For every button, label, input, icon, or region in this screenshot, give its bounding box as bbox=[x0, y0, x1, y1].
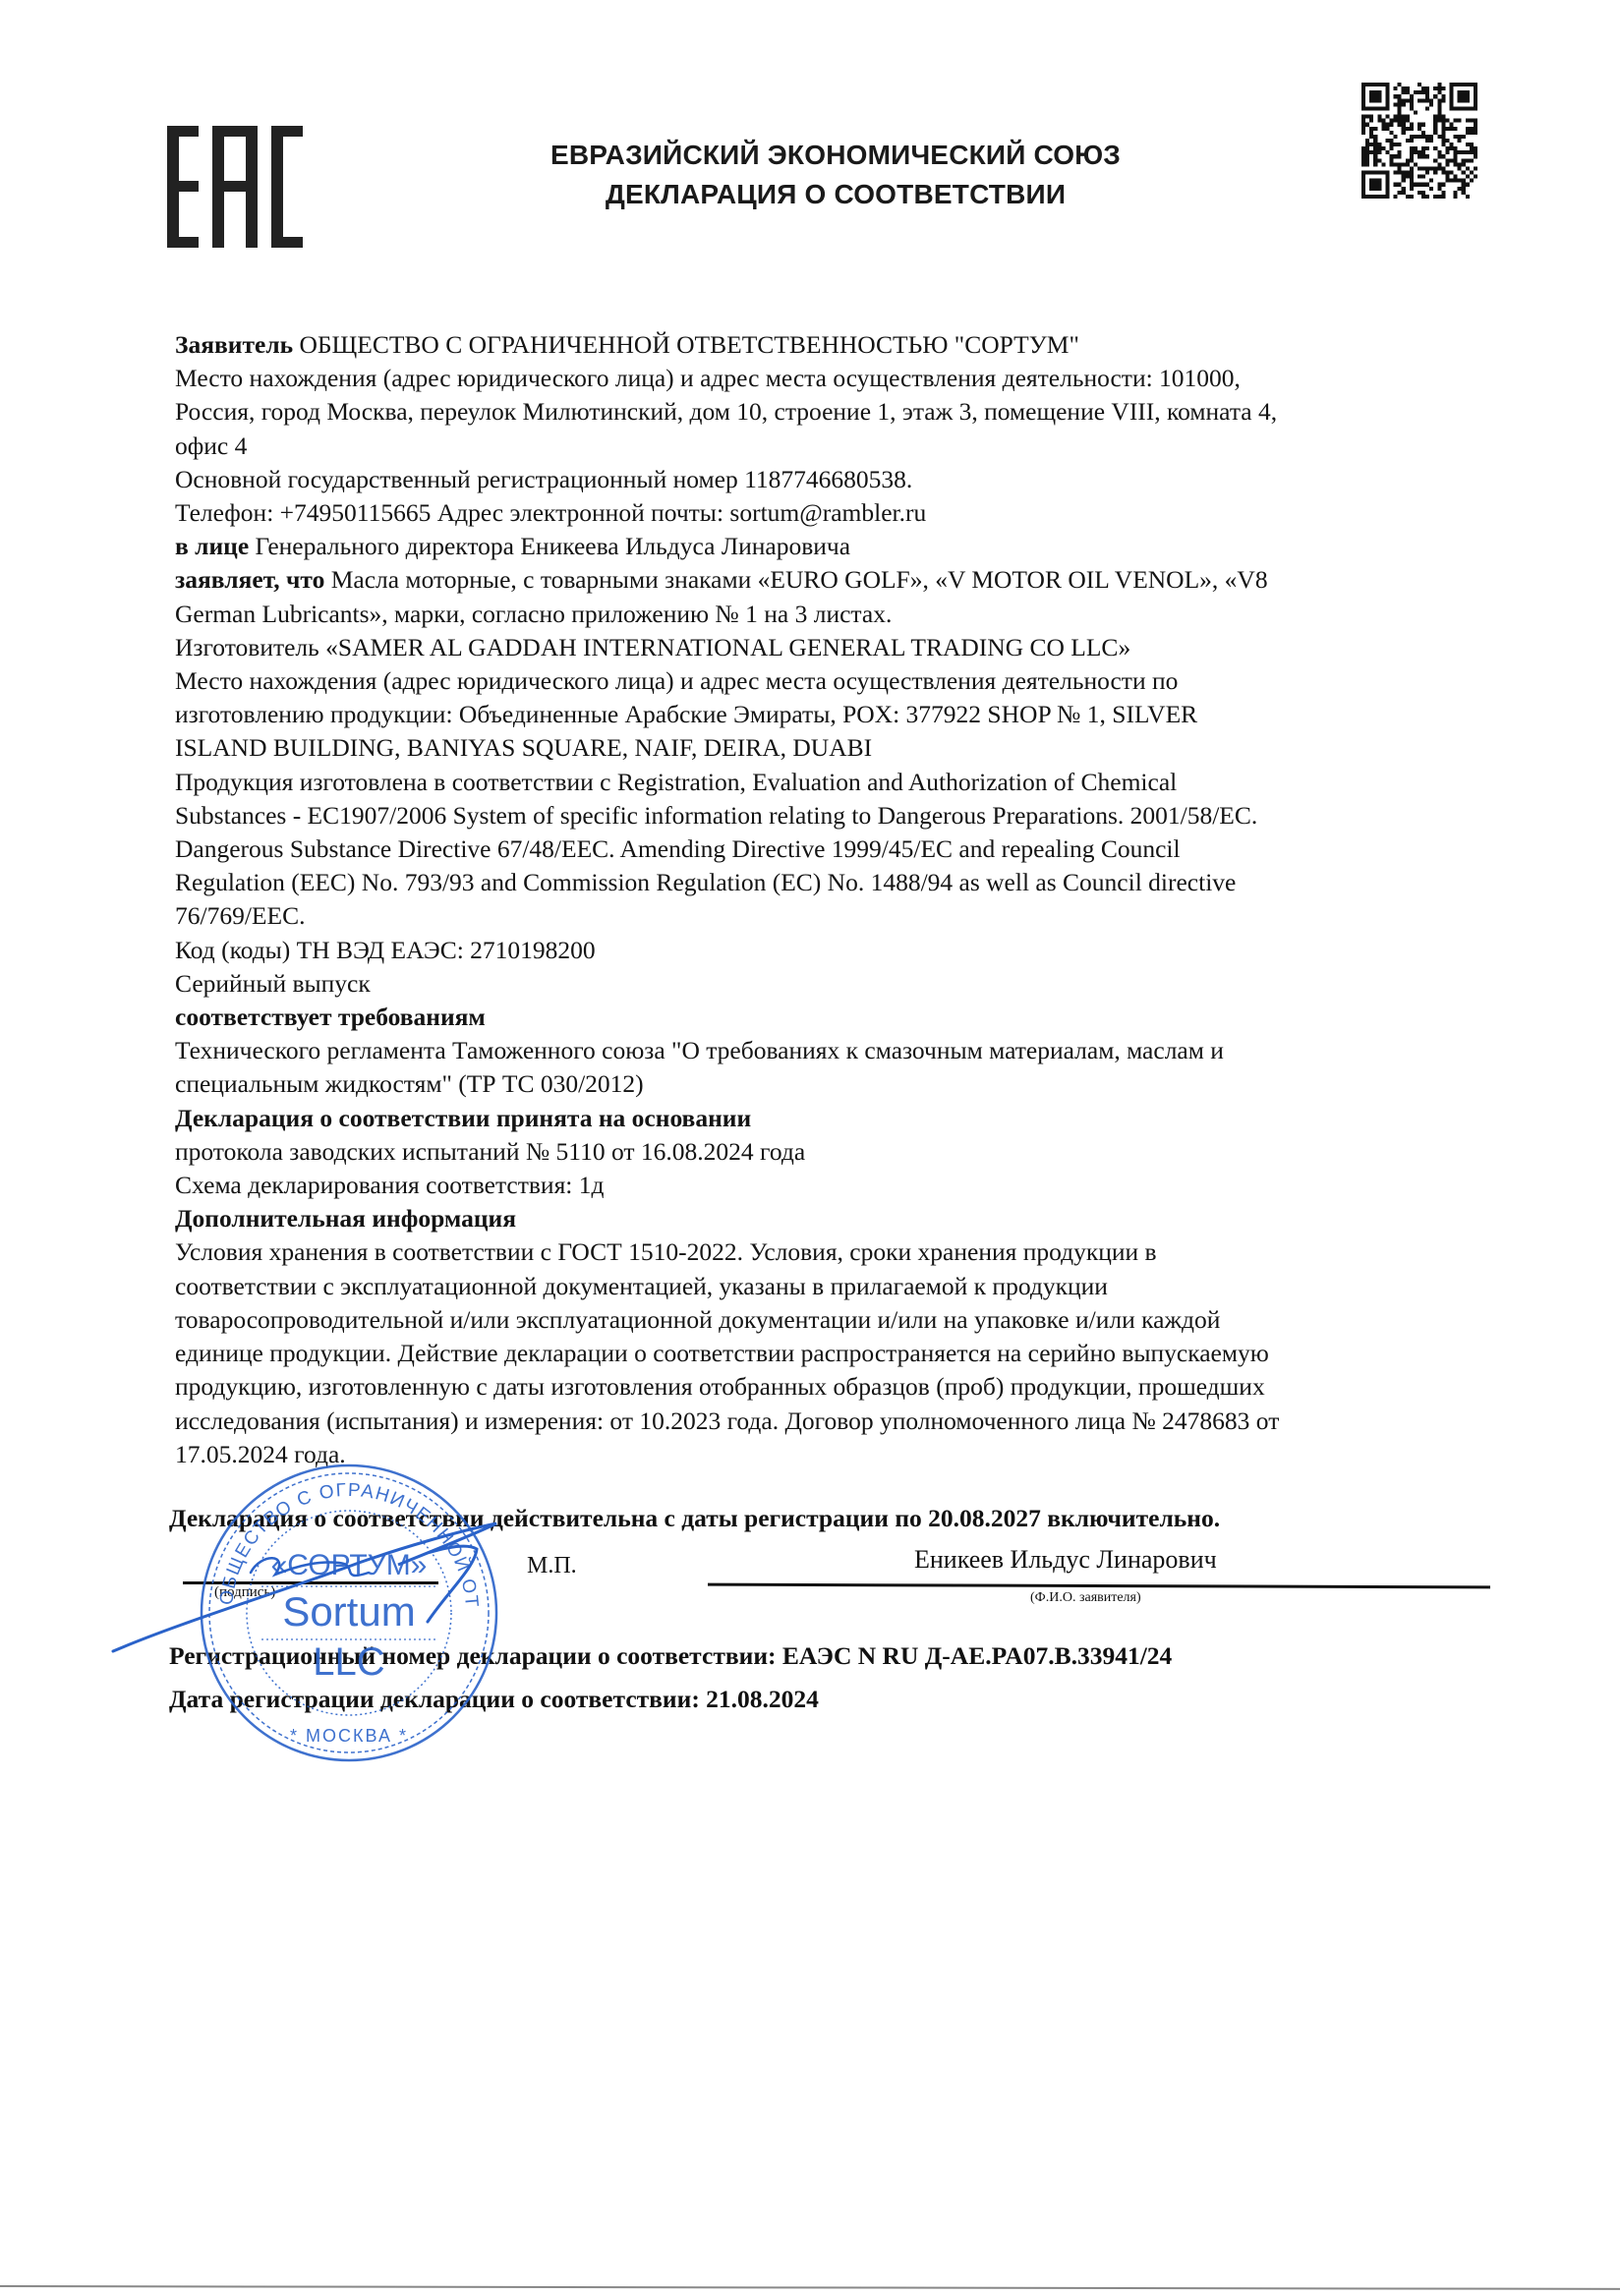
represented-label: в лице bbox=[175, 532, 249, 560]
product-description: German Lubricants», марки, согласно прил… bbox=[175, 598, 1492, 631]
declares-label: заявляет, что bbox=[175, 565, 324, 594]
additional-heading: Дополнительная информация bbox=[175, 1202, 1492, 1235]
applicant-line: Заявитель ОБЩЕСТВО С ОГРАНИЧЕННОЙ ОТВЕТС… bbox=[175, 328, 1492, 362]
document-header: ЕВРАЗИЙСКИЙ ЭКОНОМИЧЕСКИЙ СОЮЗ ДЕКЛАРАЦИ… bbox=[413, 136, 1258, 214]
applicant-label: Заявитель bbox=[175, 330, 293, 359]
additional-info: товаросопроводительной и/или эксплуатаци… bbox=[175, 1303, 1492, 1337]
document-title: ДЕКЛАРАЦИЯ О СООТВЕТСТВИИ bbox=[413, 175, 1258, 214]
manufacturer: Изготовитель «SAMER AL GADDAH INTERNATIO… bbox=[175, 631, 1492, 664]
declaration-scheme: Схема декларирования соответствия: 1д bbox=[175, 1169, 1492, 1202]
product-description: Масла моторные, с товарными знаками «EUR… bbox=[331, 565, 1268, 594]
manufacturer-address: ISLAND BUILDING, BANIYAS SQUARE, NAIF, D… bbox=[175, 731, 1492, 765]
scan-edge-line bbox=[0, 2285, 1620, 2290]
eac-logo-icon bbox=[167, 126, 313, 252]
additional-info: исследования (испытания) и измерения: от… bbox=[175, 1405, 1492, 1438]
compliance-regulation: Технического регламента Таможенного союз… bbox=[175, 1034, 1492, 1067]
handwritten-signature-icon bbox=[103, 1514, 516, 1661]
applicant-full-name: Еникеев Ильдус Линарович bbox=[914, 1545, 1217, 1575]
manufacturer-address: Место нахождения (адрес юридического лиц… bbox=[175, 664, 1492, 698]
compliance-regulation: специальным жидкостям" (ТР ТС 030/2012) bbox=[175, 1067, 1492, 1101]
represented-by: Генерального директора Еникеева Ильдуса … bbox=[256, 532, 851, 560]
declaration-body: Заявитель ОБЩЕСТВО С ОГРАНИЧЕННОЙ ОТВЕТС… bbox=[175, 328, 1492, 1471]
production-standards: 76/769/EEC. bbox=[175, 899, 1492, 933]
compliance-heading: соответствует требованиям bbox=[175, 1001, 1492, 1034]
release-type: Серийный выпуск bbox=[175, 967, 1492, 1001]
applicant-address: Россия, город Москва, переулок Милютинск… bbox=[175, 395, 1492, 429]
production-standards: Продукция изготовлена в соответствии с R… bbox=[175, 766, 1492, 799]
applicant-name: ОБЩЕСТВО С ОГРАНИЧЕННОЙ ОТВЕТСТВЕННОСТЬЮ… bbox=[299, 330, 1078, 359]
declares-line: заявляет, что Масла моторные, с товарным… bbox=[175, 563, 1492, 597]
stamp-city: * МОСКВА * bbox=[290, 1726, 408, 1746]
qr-code-icon[interactable] bbox=[1361, 83, 1477, 199]
additional-info: Условия хранения в соответствии с ГОСТ 1… bbox=[175, 1235, 1492, 1269]
applicant-contacts: Телефон: +74950115665 Адрес электронной … bbox=[175, 496, 1492, 530]
production-standards: Substances - EC1907/2006 System of speci… bbox=[175, 799, 1492, 832]
stamp-place-label: М.П. bbox=[527, 1553, 577, 1579]
represented-line: в лице Генерального директора Еникеева И… bbox=[175, 530, 1492, 563]
basis-heading: Декларация о соответствии принята на осн… bbox=[175, 1102, 1492, 1135]
additional-info: единице продукции. Действие декларации о… bbox=[175, 1337, 1492, 1370]
applicant-address: Место нахождения (адрес юридического лиц… bbox=[175, 362, 1492, 395]
production-standards: Regulation (EEC) No. 793/93 and Commissi… bbox=[175, 866, 1492, 899]
basis-protocol: протокола заводских испытаний № 5110 от … bbox=[175, 1135, 1492, 1169]
manufacturer-address: изготовлению продукции: Объединенные Ара… bbox=[175, 698, 1492, 731]
additional-info: продукцию, изготовленную с даты изготовл… bbox=[175, 1370, 1492, 1404]
name-caption: (Ф.И.О. заявителя) bbox=[1030, 1590, 1141, 1606]
production-standards: Dangerous Substance Directive 67/48/EEC.… bbox=[175, 832, 1492, 866]
union-title: ЕВРАЗИЙСКИЙ ЭКОНОМИЧЕСКИЙ СОЮЗ bbox=[413, 136, 1258, 175]
additional-info: соответствии с эксплуатационной документ… bbox=[175, 1270, 1492, 1303]
applicant-ogrn: Основной государственный регистрационный… bbox=[175, 463, 1492, 496]
tn-ved-code: Код (коды) ТН ВЭД ЕАЭС: 2710198200 bbox=[175, 934, 1492, 967]
applicant-address: офис 4 bbox=[175, 430, 1492, 463]
name-line bbox=[708, 1583, 1490, 1589]
